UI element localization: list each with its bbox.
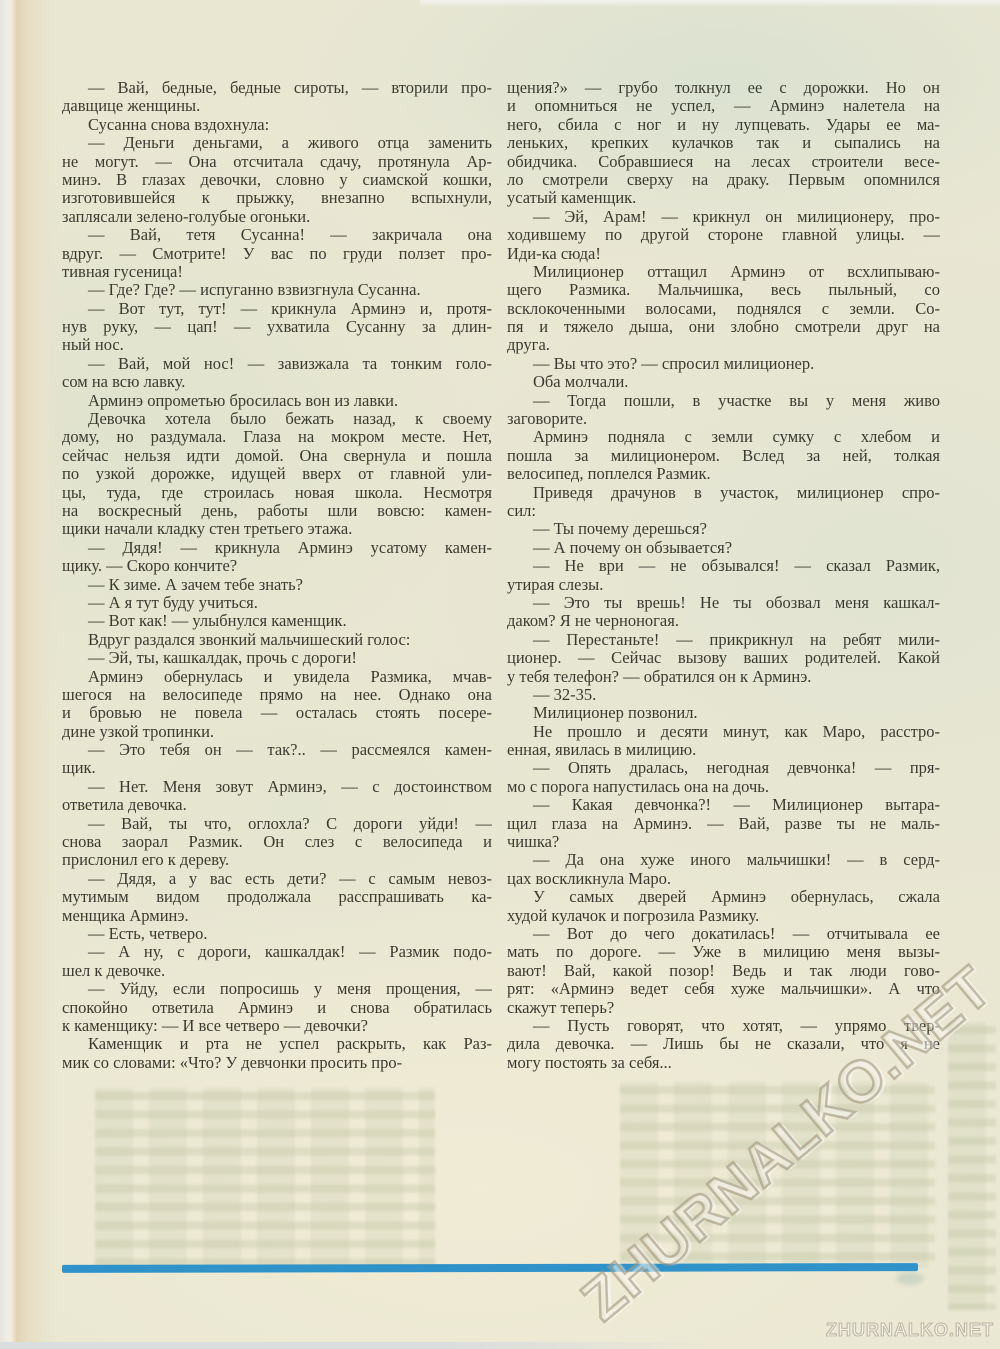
text-line: сом на всю лавку. [62, 373, 492, 391]
text-line: — Не ври — не обзывался! — сказал Размик… [507, 557, 940, 575]
text-line: Милиционер позвонил. [507, 704, 940, 722]
text-line: — Есть, четверо. [62, 925, 492, 943]
text-line: утирая слезы. [507, 576, 940, 594]
paragraph: — Это ты врешь! Не ты обозвал меня кашка… [507, 594, 940, 631]
text-line: щего Размика. Мальчишка, весь пыльный, с… [507, 281, 940, 299]
text-line: — Деньги деньгами, а живого отца заменит… [62, 134, 492, 152]
text-line: — Вай, ты что, оглохла? С дороги уйди! — [62, 815, 492, 833]
paragraph: — Эй, Арам! — крикнул он милиционеру, пр… [507, 208, 940, 263]
text-column-left: — Вай, бедные, бедные сироты, — вторили … [62, 79, 492, 1072]
text-line: Приведя драчунов в участок, милиционер с… [507, 484, 940, 502]
text-line: ционер. — Сейчас вызову ваших родителей.… [507, 649, 940, 667]
paragraph: — Вай, мой нос! — завизжала та тонким го… [62, 355, 492, 392]
text-line: Девочка хотела было бежать назад, к свое… [62, 410, 492, 428]
text-line: заговорите. [507, 410, 940, 428]
text-line: у тебя телефон? — обратился он к Арминэ. [507, 668, 940, 686]
text-line: — Вай, бедные, бедные сироты, — вторили … [62, 79, 492, 97]
text-line: ло смотрели сверху на драку. Первым опом… [507, 171, 940, 189]
text-line: — Где? Где? — испуганно взвизгнула Сусан… [62, 281, 492, 299]
text-line: Арминэ опрометью бросилась вон из лавки. [62, 392, 492, 410]
scan-edge-bottom [0, 1342, 720, 1349]
text-line: вдруг. — Смотрите! У вас по груди ползет… [62, 245, 492, 263]
paragraph: Арминэ опрометью бросилась вон из лавки. [62, 392, 492, 410]
paragraph: — Нет. Меня зовут Арминэ, — с достоинств… [62, 778, 492, 815]
text-line: — Нет. Меня зовут Арминэ, — с достоинств… [62, 778, 492, 796]
text-line: велосипед, поплелся Размик. [507, 465, 940, 483]
text-line: — Это ты врешь! Не ты обозвал меня кашка… [507, 594, 940, 612]
text-line: — Опять дралась, негодная девчонка! — пр… [507, 759, 940, 777]
paragraph: — Деньги деньгами, а живого отца заменит… [62, 134, 492, 226]
divider-rule [62, 1263, 918, 1273]
paragraph: Арминэ обернулась и увидела Размика, мча… [62, 668, 492, 742]
text-line: обидчика. Собравшиеся на лесах строители… [507, 153, 940, 171]
paragraph: — Вай, ты что, оглохла? С дороги уйди! —… [62, 815, 492, 870]
text-line: и бровью не повела — осталась стоять пос… [62, 704, 492, 722]
paragraph: — А ну, с дороги, кашкалдак! — Размик по… [62, 943, 492, 980]
text-line: давщице женщины. [62, 97, 492, 115]
watermark-corner: ZHURNALKO.NET [826, 1320, 994, 1341]
paragraph: — Да она хуже иного мальчишки! — в серд-… [507, 851, 940, 888]
text-line: Не прошло и десяти минут, как Маро, расс… [507, 723, 940, 741]
text-line: мик со словами: «Что? У девчонки просить… [62, 1054, 492, 1072]
paragraph: — Это тебя он — так?.. — рассмеялся каме… [62, 741, 492, 778]
text-line: щику. — Скоро кончите? [62, 557, 492, 575]
text-line: нув руку, — цап! — ухватила Сусанну за д… [62, 318, 492, 336]
text-line: заплясали зелено-голубые огоньки. [62, 208, 492, 226]
text-line: мать по дороге. — Уже в милицию меня выз… [507, 943, 940, 961]
paragraph: Девочка хотела было бежать назад, к свое… [62, 410, 492, 539]
paragraph: — Уйду, если попросишь у меня прощения, … [62, 980, 492, 1035]
text-line: дине узкой тропинки. [62, 723, 492, 741]
text-line: енная, явилась в милицию. [507, 741, 940, 759]
text-line: — А я тут буду учиться. [62, 594, 492, 612]
text-line: снова заорал Размик. Он слез с велосипед… [62, 833, 492, 851]
text-line: — А ну, с дороги, кашкалдак! — Размик по… [62, 943, 492, 961]
text-line: — Эй, Арам! — крикнул он милиционеру, пр… [507, 208, 940, 226]
text-line: шегося на велосипеде прямо на нее. Однак… [62, 686, 492, 704]
paragraph: Милиционер оттащил Арминэ от всхлипываю-… [507, 263, 940, 355]
showthrough-text-left [95, 1088, 435, 1268]
text-line: минэ. В глазах девочки, словно у сиамско… [62, 171, 492, 189]
text-line: мо с порога напустилась она на дочь. [507, 778, 940, 796]
paragraph: — Вот до чего докатилась! — отчитывала е… [507, 925, 940, 1017]
paragraph: Вдруг раздался звонкий мальчишеский голо… [62, 631, 492, 649]
text-line: всклокоченными волосами, поднялся с земл… [507, 300, 940, 318]
text-line: к каменщику: — И все четверо — девочки? [62, 1017, 492, 1035]
text-line: Сусанна снова вздохнула: [62, 116, 492, 134]
text-line: по узкой дорожке, идущей вверх от главно… [62, 465, 492, 483]
text-line: пошла за милиционером. Вслед за ней, тол… [507, 447, 940, 465]
text-line: — К зиме. А зачем тебе знать? [62, 576, 492, 594]
text-columns: — Вай, бедные, бедные сироты, — вторили … [62, 79, 940, 1072]
text-line: Оба молчали. [507, 373, 940, 391]
text-line: скажут теперь? [507, 999, 940, 1017]
text-line: Каменщик и рта не успел раскрыть, как Ра… [62, 1035, 492, 1053]
paragraph: — Какая девчонка?! — Милиционер вытара-щ… [507, 796, 940, 851]
text-line: дому, но раздумала. Глаза на мокром мест… [62, 428, 492, 446]
paragraph: — Вай, тетя Сусанна! — закричала онавдру… [62, 226, 492, 281]
paragraph: — Ты почему дерешься? [507, 520, 940, 538]
text-line: прислонил его к дереву. [62, 851, 492, 869]
scan-edge-top [420, 0, 1000, 7]
text-line: — Дядя, а у вас есть дети? — с самым нев… [62, 870, 492, 888]
text-line: — Вай, мой нос! — завизжала та тонким го… [62, 355, 492, 373]
text-line: — Вот как! — улыбнулся каменщик. [62, 612, 492, 630]
paragraph: — Перестаньте! — прикрикнул на ребят мил… [507, 631, 940, 686]
text-line: сейчас нельзя идти домой. Она свернула и… [62, 447, 492, 465]
text-line: Милиционер оттащил Арминэ от всхлипываю- [507, 263, 940, 281]
paragraph: — Вот тут, тут! — крикнула Арминэ и, про… [62, 300, 492, 355]
text-column-right: щения?» — грубо толкнул ее с дорожки. Но… [507, 79, 940, 1072]
paragraph: Каменщик и рта не успел раскрыть, как Ра… [62, 1035, 492, 1072]
paragraph: Арминэ подняла с земли сумку с хлебом ип… [507, 428, 940, 483]
text-line: щил глаза на Арминэ. — Вай, разве ты не … [507, 815, 940, 833]
paragraph: — Где? Где? — испуганно взвизгнула Сусан… [62, 281, 492, 299]
text-line: и опомниться не успел, — Арминэ налетела… [507, 97, 940, 115]
text-line: — Вай, тетя Сусанна! — закричала она [62, 226, 492, 244]
paragraph: — Тогда пошли, в участке вы у меня живоз… [507, 392, 940, 429]
text-line: вают! Вай, какой позор! Ведь и так люди … [507, 962, 940, 980]
paragraph: — Дядя, а у вас есть дети? — с самым нев… [62, 870, 492, 925]
page-binding-edge [0, 0, 60, 1349]
text-line: — Эй, ты, кашкалдак, прочь с дороги! [62, 649, 492, 667]
text-line: щики начали кладку стен третьего этажа. [62, 520, 492, 538]
paragraph: щения?» — грубо толкнул ее с дорожки. Но… [507, 79, 940, 208]
text-line: ответила девочка. [62, 796, 492, 814]
paragraph: — Есть, четверо. [62, 925, 492, 943]
faint-print-mark [896, 1272, 924, 1285]
text-line: спокойно ответила Арминэ и снова обратил… [62, 999, 492, 1017]
paragraph: — Вы что это? — спросил милиционер. [507, 355, 940, 373]
text-line: тивная гусеница! [62, 263, 492, 281]
text-line: пя и тяжело дыша, они злобно смотрели др… [507, 318, 940, 336]
text-line: изготовившейся к прыжку, внезапно вспыхн… [62, 189, 492, 207]
text-line: рят: «Арминэ ведет себя хуже мальчишки».… [507, 980, 940, 998]
paragraph: — Вот как! — улыбнулся каменщик. [62, 612, 492, 630]
text-line: сил: [507, 502, 940, 520]
text-line: — Вот тут, тут! — крикнула Арминэ и, про… [62, 300, 492, 318]
text-line: щик. [62, 759, 492, 777]
text-line: — Ты почему дерешься? [507, 520, 940, 538]
text-line: даком? Я не черноногая. [507, 612, 940, 630]
paragraph: — К зиме. А зачем тебе знать? [62, 576, 492, 594]
paragraph: Приведя драчунов в участок, милиционер с… [507, 484, 940, 521]
text-line: — Да она хуже иного мальчишки! — в серд- [507, 851, 940, 869]
text-line: усатый каменщик. [507, 189, 940, 207]
text-line: Арминэ подняла с земли сумку с хлебом и [507, 428, 940, 446]
magazine-page-scan: — Вай, бедные, бедные сироты, — вторили … [0, 0, 1000, 1349]
text-line: — Перестаньте! — прикрикнул на ребят мил… [507, 631, 940, 649]
text-line: ходившему по другой стороне главной улиц… [507, 226, 940, 244]
text-line: ный нос. [62, 336, 492, 354]
paragraph: Сусанна снова вздохнула: [62, 116, 492, 134]
paragraph: — А я тут буду учиться. [62, 594, 492, 612]
paragraph: — Не ври — не обзывался! — сказал Размик… [507, 557, 940, 594]
showthrough-text-margin [948, 1022, 996, 1310]
paragraph: Милиционер позвонил. [507, 704, 940, 722]
text-line: Иди-ка сюда! [507, 245, 940, 263]
text-line: друга. [507, 336, 940, 354]
paragraph: — 32-35. [507, 686, 940, 704]
text-line: мутимым видом продолжала расспрашивать к… [62, 888, 492, 906]
text-line: — Вот до чего докатилась! — отчитывала е… [507, 925, 940, 943]
text-line: — Вы что это? — спросил милиционер. [507, 355, 940, 373]
paragraph: — Эй, ты, кашкалдак, прочь с дороги! [62, 649, 492, 667]
paragraph: Не прошло и десяти минут, как Маро, расс… [507, 723, 940, 760]
paragraph: Оба молчали. [507, 373, 940, 391]
paragraph: — Вай, бедные, бедные сироты, — вторили … [62, 79, 492, 116]
text-line: — Тогда пошли, в участке вы у меня живо [507, 392, 940, 410]
text-line: цах воскликнула Маро. [507, 870, 940, 888]
text-line: худой кулачок и погрозила Размику. [507, 907, 940, 925]
paragraph: — Дядя! — крикнула Арминэ усатому камен-… [62, 539, 492, 576]
text-line: — Это тебя он — так?.. — рассмеялся каме… [62, 741, 492, 759]
text-line: — 32-35. [507, 686, 940, 704]
text-line: цы, туда, где строилась новая школа. Нес… [62, 484, 492, 502]
text-line: Вдруг раздался звонкий мальчишеский голо… [62, 631, 492, 649]
text-line: не могут. — Она отсчитала сдачу, протяну… [62, 153, 492, 171]
paragraph: — А почему он обзывается? [507, 539, 940, 557]
paragraph: У самых дверей Арминэ обернулась, сжалах… [507, 888, 940, 925]
text-line: менщика Арминэ. [62, 907, 492, 925]
text-line: — А почему он обзывается? [507, 539, 940, 557]
text-line: щения?» — грубо толкнул ее с дорожки. Но… [507, 79, 940, 97]
text-line: чишка? [507, 833, 940, 851]
text-line: шел к девочке. [62, 962, 492, 980]
text-line: — Какая девчонка?! — Милиционер вытара- [507, 796, 940, 814]
text-line: леньких, крепких кулачков так и сыпались… [507, 134, 940, 152]
paragraph: — Опять дралась, негодная девчонка! — пр… [507, 759, 940, 796]
text-line: — Дядя! — крикнула Арминэ усатому камен- [62, 539, 492, 557]
text-line: — Уйду, если попросишь у меня прощения, … [62, 980, 492, 998]
text-line: Арминэ обернулась и увидела Размика, мча… [62, 668, 492, 686]
text-line: У самых дверей Арминэ обернулась, сжала [507, 888, 940, 906]
text-line: на воскресный день, работы шли вовсю: ка… [62, 502, 492, 520]
text-line: него, сбила с ног и ну лупцевать. Удары … [507, 116, 940, 134]
